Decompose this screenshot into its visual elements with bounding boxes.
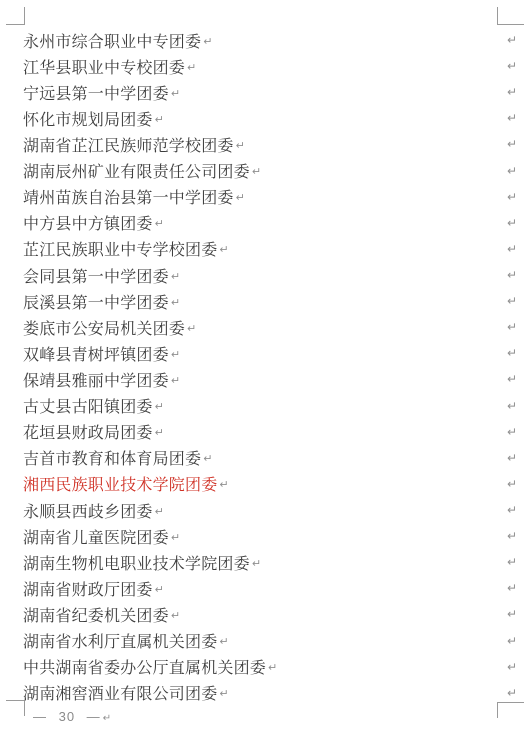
paragraph-mark-icon: ↵	[171, 531, 180, 544]
row-end-mark-icon: ↵	[507, 445, 529, 471]
committee-name: 湖南湘窖酒业有限公司团委	[23, 681, 217, 704]
paragraph-mark-icon: ↵	[252, 165, 261, 178]
list-item: 永州市综合职业中专团委↵	[23, 27, 493, 53]
committee-line-list: 永州市综合职业中专团委↵江华县职业中专校团委↵宁远县第一中学团委↵怀化市规划局团…	[23, 27, 493, 706]
list-item: 双峰县青树坪镇团委↵	[23, 340, 493, 366]
paragraph-mark-icon: ↵	[171, 609, 180, 622]
list-item: 靖州苗族自治县第一中学团委↵	[23, 184, 493, 210]
committee-name: 花垣县财政局团委	[23, 420, 153, 443]
list-item: 湖南辰州矿业有限责任公司团委↵	[23, 158, 493, 184]
committee-name: 古丈县古阳镇团委	[23, 394, 153, 417]
row-end-mark-icon: ↵	[507, 366, 529, 392]
paragraph-mark-icon: ↵	[171, 348, 180, 361]
committee-name: 宁远县第一中学团委	[23, 81, 169, 104]
page-number: — 30 —	[33, 709, 101, 724]
row-end-mark-icon: ↵	[507, 184, 529, 210]
paragraph-mark-icon: ↵	[155, 113, 164, 126]
row-end-mark-icon: ↵	[507, 601, 529, 627]
list-item: 怀化市规划局团委↵	[23, 105, 493, 131]
committee-name: 湘西民族职业技术学院团委	[23, 472, 217, 495]
paragraph-mark-icon: ↵	[155, 505, 164, 518]
paragraph-mark-icon: ↵	[236, 191, 245, 204]
row-end-mark-icon: ↵	[507, 340, 529, 366]
committee-name: 吉首市教育和体育局团委	[23, 446, 201, 469]
row-end-mark-column: ↵↵↵↵↵↵↵↵↵↵↵↵↵↵↵↵↵↵↵↵↵↵↵↵↵↵	[507, 27, 529, 706]
list-item: 中方县中方镇团委↵	[23, 210, 493, 236]
committee-name: 保靖县雅丽中学团委	[23, 368, 169, 391]
row-end-mark-icon: ↵	[507, 158, 529, 184]
committee-name: 双峰县青树坪镇团委	[23, 342, 169, 365]
list-item: 芷江民族职业中专学校团委↵	[23, 236, 493, 262]
row-end-mark-icon: ↵	[507, 288, 529, 314]
paragraph-mark-icon: ↵	[155, 217, 164, 230]
paragraph-mark-icon: ↵	[171, 374, 180, 387]
row-end-mark-icon: ↵	[507, 497, 529, 523]
list-item: 吉首市教育和体育局团委↵	[23, 445, 493, 471]
row-end-mark-icon: ↵	[507, 105, 529, 131]
committee-name: 湖南省财政厅团委	[23, 577, 153, 600]
committee-name: 靖州苗族自治县第一中学团委	[23, 185, 234, 208]
paragraph-mark-icon: ↵	[236, 139, 245, 152]
list-item: 湖南湘窖酒业有限公司团委↵	[23, 680, 493, 706]
paragraph-mark-icon: ↵	[219, 687, 228, 700]
committee-name: 永州市综合职业中专团委	[23, 29, 201, 52]
list-item: 辰溪县第一中学团委↵	[23, 288, 493, 314]
committee-name: 湖南辰州矿业有限责任公司团委	[23, 159, 250, 182]
row-end-mark-icon: ↵	[507, 262, 529, 288]
row-end-mark-icon: ↵	[507, 393, 529, 419]
row-end-mark-icon: ↵	[507, 549, 529, 575]
committee-name: 湖南省芷江民族师范学校团委	[23, 133, 234, 156]
committee-name: 娄底市公安局机关团委	[23, 316, 185, 339]
committee-name: 中方县中方镇团委	[23, 211, 153, 234]
paragraph-mark-icon: ↵	[155, 426, 164, 439]
committee-name: 会同县第一中学团委	[23, 264, 169, 287]
list-item: 娄底市公安局机关团委↵	[23, 314, 493, 340]
paragraph-mark-icon: ↵	[171, 270, 180, 283]
row-end-mark-icon: ↵	[507, 680, 529, 706]
list-item: 湖南省儿童医院团委↵	[23, 523, 493, 549]
paragraph-mark-icon: ↵	[203, 35, 212, 48]
list-item: 宁远县第一中学团委↵	[23, 79, 493, 105]
paragraph-mark-icon: ↵	[155, 400, 164, 413]
list-item: 湖南省财政厅团委↵	[23, 575, 493, 601]
committee-name: 怀化市规划局团委	[23, 107, 153, 130]
row-end-mark-icon: ↵	[507, 236, 529, 262]
row-end-mark-icon: ↵	[507, 628, 529, 654]
committee-name: 湖南省儿童医院团委	[23, 525, 169, 548]
paragraph-mark-icon: ↵	[103, 713, 112, 724]
page-footer: — 30 —↵	[33, 709, 112, 724]
paragraph-mark-icon: ↵	[155, 583, 164, 596]
committee-name: 永顺县西歧乡团委	[23, 499, 153, 522]
paragraph-mark-icon: ↵	[252, 557, 261, 570]
paragraph-mark-icon: ↵	[187, 61, 196, 74]
list-item: 湖南生物机电职业技术学院团委↵	[23, 549, 493, 575]
row-end-mark-icon: ↵	[507, 471, 529, 497]
committee-name: 芷江民族职业中专学校团委	[23, 237, 217, 260]
row-end-mark-icon: ↵	[507, 575, 529, 601]
paragraph-mark-icon: ↵	[171, 87, 180, 100]
list-item: 湘西民族职业技术学院团委↵	[23, 471, 493, 497]
row-end-mark-icon: ↵	[507, 523, 529, 549]
list-item: 永顺县西歧乡团委↵	[23, 497, 493, 523]
list-item: 古丈县古阳镇团委↵	[23, 393, 493, 419]
committee-name: 湖南省水利厅直属机关团委	[23, 629, 217, 652]
row-end-mark-icon: ↵	[507, 27, 529, 53]
list-item: 保靖县雅丽中学团委↵	[23, 366, 493, 392]
row-end-mark-icon: ↵	[507, 314, 529, 340]
row-end-mark-icon: ↵	[507, 654, 529, 680]
committee-name: 辰溪县第一中学团委	[23, 290, 169, 313]
page-corner-mark-top-left	[6, 7, 25, 25]
list-item: 花垣县财政局团委↵	[23, 419, 493, 445]
committee-name: 中共湖南省委办公厅直属机关团委	[23, 655, 266, 678]
list-item: 湖南省纪委机关团委↵	[23, 601, 493, 627]
row-end-mark-icon: ↵	[507, 131, 529, 157]
row-end-mark-icon: ↵	[507, 210, 529, 236]
committee-name: 江华县职业中专校团委	[23, 55, 185, 78]
paragraph-mark-icon: ↵	[268, 661, 277, 674]
paragraph-mark-icon: ↵	[203, 452, 212, 465]
list-item: 湖南省水利厅直属机关团委↵	[23, 628, 493, 654]
list-item: 江华县职业中专校团委↵	[23, 53, 493, 79]
paragraph-mark-icon: ↵	[219, 635, 228, 648]
paragraph-mark-icon: ↵	[219, 243, 228, 256]
row-end-mark-icon: ↵	[507, 419, 529, 445]
page-corner-mark-top-right	[497, 7, 524, 25]
paragraph-mark-icon: ↵	[187, 322, 196, 335]
paragraph-mark-icon: ↵	[219, 478, 228, 491]
list-item: 中共湖南省委办公厅直属机关团委↵	[23, 654, 493, 680]
list-item: 湖南省芷江民族师范学校团委↵	[23, 131, 493, 157]
row-end-mark-icon: ↵	[507, 53, 529, 79]
committee-name: 湖南生物机电职业技术学院团委	[23, 551, 250, 574]
paragraph-mark-icon: ↵	[171, 296, 180, 309]
list-item: 会同县第一中学团委↵	[23, 262, 493, 288]
row-end-mark-icon: ↵	[507, 79, 529, 105]
committee-name: 湖南省纪委机关团委	[23, 603, 169, 626]
